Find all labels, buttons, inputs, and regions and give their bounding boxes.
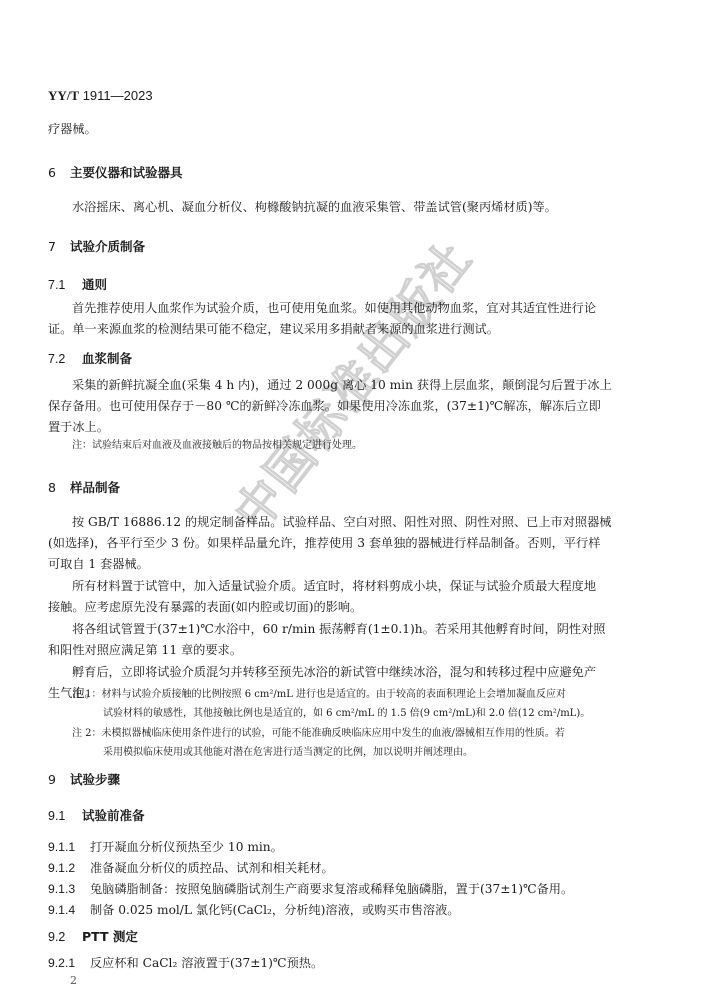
section-number: 6: [48, 165, 70, 180]
clause-text: 打开凝血分析仪预热至少 10 min。: [90, 840, 283, 854]
clause-9-1-2: 9.1.2准备凝血分析仪的质控品、试剂和相关耗材。: [48, 859, 334, 876]
section-title: PTT 测定: [82, 929, 138, 944]
section-title: 试验前准备: [82, 808, 145, 823]
document-page: 中国标准出版社 YY/T 1911—2023 疗器械。 6主要仪器和试验器具 水…: [0, 0, 714, 997]
section-number: 7.2: [48, 352, 82, 366]
paragraph-line: 首先推荐使用人血浆作为试验介质，也可使用兔血浆。如使用其他动物血浆，宜对其适宜性…: [72, 298, 596, 319]
note: 注：试验结束后对血液及血液接触后的物品按相关规定进行处理。: [72, 437, 362, 455]
standard-number: 1911—2023: [83, 88, 153, 103]
section-number: 9.2: [48, 930, 82, 944]
page-number: 2: [70, 974, 77, 987]
paragraph-line: 孵育后，立即将试验介质混匀并转移至预先冰浴的新试管中继续冰浴，混匀和转移过程中应…: [72, 662, 596, 683]
section-number: 8: [48, 480, 70, 495]
clause-9-1-1: 9.1.1打开凝血分析仪预热至少 10 min。: [48, 838, 283, 855]
clause-number: 9.1.3: [48, 882, 90, 896]
section-6-body: 水浴摇床、离心机、凝血分析仪、枸橼酸钠抗凝的血液采集管、带盖试管(聚丙烯材质)等…: [72, 197, 557, 218]
clause-number: 9.1.1: [48, 840, 90, 854]
paragraph-line: 接触。应考虑原先没有暴露的表面(如内腔或切面)的影响。: [48, 597, 362, 618]
paragraph-line: 采集的新鲜抗凝全血(采集 4 h 内)，通过 2 000g 离心 10 min …: [72, 375, 612, 396]
section-title: 试验步骤: [70, 772, 120, 787]
note-2-line: 注 2：未模拟器械临床使用条件进行的试验，可能不能准确反映临床应用中发生的血液/…: [72, 725, 565, 743]
clause-text: 准备凝血分析仪的质控品、试剂和相关耗材。: [90, 861, 334, 875]
paragraph-line: 所有材料置于试管中，加入适量试验介质。适宜时，将材料剪成小块，保证与试验介质最大…: [72, 576, 596, 597]
continued-text: 疗器械。: [48, 119, 97, 140]
section-number: 9.1: [48, 809, 82, 823]
section-7-2-heading: 7.2血浆制备: [48, 349, 132, 367]
section-number: 9: [48, 772, 70, 787]
section-title: 主要仪器和试验器具: [70, 165, 183, 180]
section-8-heading: 8样品制备: [48, 478, 120, 496]
paragraph-line: 置于冰上。: [48, 417, 109, 438]
note-1-line: 注 1：材料与试验介质接触的比例按照 6 cm²/mL 进行也是适宜的。由于较高…: [72, 686, 566, 704]
clause-number: 9.1.4: [48, 903, 90, 917]
paragraph-line: 保存备用。也可使用保存于－80 ℃的新鲜冷冻血浆。如果使用冷冻血浆，(37±1)…: [48, 396, 601, 417]
section-title: 通则: [82, 277, 107, 292]
clause-text: 反应杯和 CaCl₂ 溶液置于(37±1)℃预热。: [90, 956, 323, 970]
clause-9-1-3: 9.1.3兔脑磷脂制备：按照兔脑磷脂试剂生产商要求复溶或稀释兔脑磷脂，置于(37…: [48, 880, 573, 897]
section-9-heading: 9试验步骤: [48, 770, 120, 788]
clause-9-1-4: 9.1.4制备 0.025 mol/L 氯化钙(CaCl₂，分析纯)溶液，或购买…: [48, 901, 459, 918]
section-number: 7.1: [48, 278, 82, 292]
section-title: 样品制备: [70, 480, 120, 495]
section-7-1-heading: 7.1通则: [48, 275, 107, 293]
section-number: 7: [48, 239, 70, 254]
note-1-line: 试验材料的敏感性，其他接触比例也是适宜的，如 6 cm²/mL 的 1.5 倍(…: [103, 705, 590, 723]
paragraph-line: 可取自 1 套器械。: [48, 554, 149, 575]
paragraph-line: 证。单一来源血浆的检测结果可能不稳定，建议采用多捐献者来源的血浆进行测试。: [48, 319, 499, 340]
clause-text: 制备 0.025 mol/L 氯化钙(CaCl₂，分析纯)溶液，或购买市售溶液。: [90, 903, 459, 917]
clause-text: 兔脑磷脂制备：按照兔脑磷脂试剂生产商要求复溶或稀释兔脑磷脂，置于(37±1)℃备…: [90, 882, 573, 896]
section-9-2-heading: 9.2PTT 测定: [48, 927, 138, 945]
note-2-line: 采用模拟临床使用或其他能对潜在危害进行适当测定的比例，加以说明并阐述理由。: [103, 744, 473, 762]
section-7-heading: 7试验介质制备: [48, 237, 145, 255]
standard-code-header: YY/T 1911—2023: [48, 88, 153, 104]
clause-number: 9.1.2: [48, 861, 90, 875]
paragraph-line: 按 GB/T 16886.12 的规定制备样品。试验样品、空白对照、阳性对照、阴…: [72, 512, 611, 533]
standard-prefix: YY/T: [48, 88, 79, 103]
section-6-heading: 6主要仪器和试验器具: [48, 163, 183, 181]
clause-number: 9.2.1: [48, 956, 90, 970]
paragraph-line: 将各组试管置于(37±1)℃水浴中，60 r/min 振荡孵育(1±0.1)h。…: [72, 619, 605, 640]
paragraph-line: (如选择)，各平行至少 3 份。如果样品量允许，推荐使用 3 套单独的器械进行样…: [48, 533, 600, 554]
section-9-1-heading: 9.1试验前准备: [48, 806, 145, 824]
section-title: 试验介质制备: [70, 239, 145, 254]
clause-9-2-1: 9.2.1反应杯和 CaCl₂ 溶液置于(37±1)℃预热。: [48, 954, 323, 971]
section-title: 血浆制备: [82, 351, 132, 366]
paragraph-line: 和阳性对照应满足第 11 章的要求。: [48, 640, 242, 661]
